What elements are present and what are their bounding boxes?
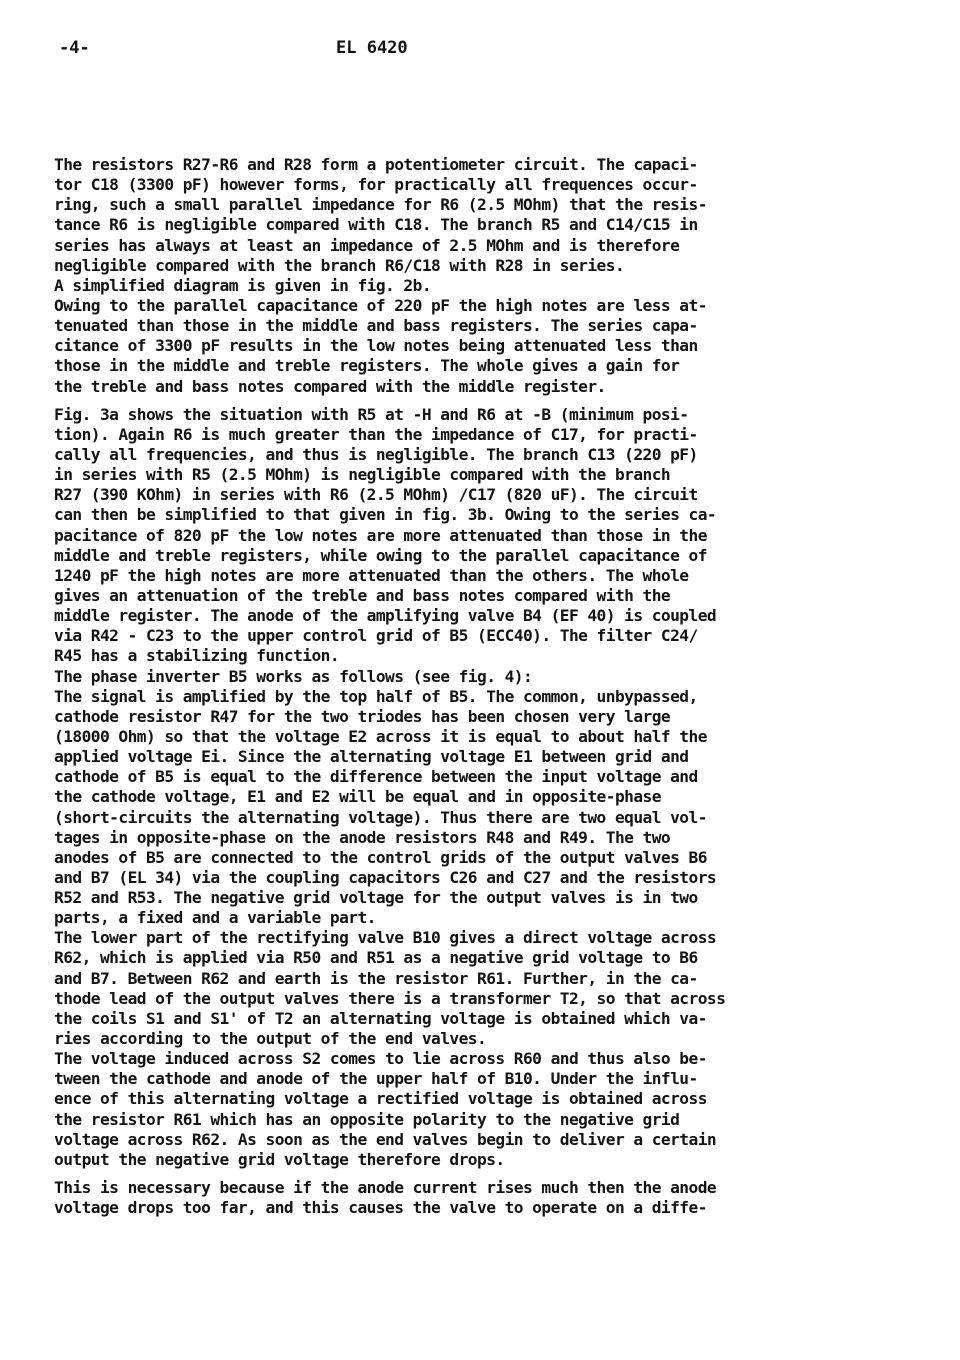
text-line: parts, a fixed and a variable part. bbox=[54, 908, 934, 928]
text-line: pacitance of 820 pF the low notes are mo… bbox=[54, 526, 934, 546]
text-line: anodes of B5 are connected to the contro… bbox=[54, 848, 934, 868]
text-line: the resistor R61 which has an opposite p… bbox=[54, 1110, 934, 1130]
paragraph: This is necessary because if the anode c… bbox=[54, 1178, 934, 1218]
paragraph-gap bbox=[54, 1170, 934, 1178]
document-body: The resistors R27-R6 and R28 form a pote… bbox=[54, 155, 934, 1218]
text-line: gives an attenuation of the treble and b… bbox=[54, 586, 934, 606]
text-line: R27 (390 KOhm) in series with R6 (2.5 MO… bbox=[54, 485, 934, 505]
text-line: This is necessary because if the anode c… bbox=[54, 1178, 934, 1198]
text-line: The signal is amplified by the top half … bbox=[54, 687, 934, 707]
text-line: the cathode voltage, E1 and E2 will be e… bbox=[54, 787, 934, 807]
text-line: and B7. Between R62 and earth is the res… bbox=[54, 969, 934, 989]
text-line: tance R6 is negligible compared with C18… bbox=[54, 215, 934, 235]
paragraph: The resistors R27-R6 and R28 form a pote… bbox=[54, 155, 934, 397]
document-id: EL 6420 bbox=[336, 38, 408, 58]
text-line: tages in opposite-phase on the anode res… bbox=[54, 828, 934, 848]
text-line: (18000 Ohm) so that the voltage E2 acros… bbox=[54, 727, 934, 747]
text-line: series has always at least an impedance … bbox=[54, 236, 934, 256]
text-line: Owing to the parallel capacitance of 220… bbox=[54, 296, 934, 316]
text-line: ence of this alternating voltage a recti… bbox=[54, 1089, 934, 1109]
text-line: tenuated than those in the middle and ba… bbox=[54, 316, 934, 336]
paragraph-gap bbox=[54, 397, 934, 405]
text-line: tween the cathode and anode of the upper… bbox=[54, 1069, 934, 1089]
text-line: The lower part of the rectifying valve B… bbox=[54, 928, 934, 948]
text-line: voltage across R62. As soon as the end v… bbox=[54, 1130, 934, 1150]
text-line: middle and treble registers, while owing… bbox=[54, 546, 934, 566]
text-line: applied voltage Ei. Since the alternatin… bbox=[54, 747, 934, 767]
paragraph: Fig. 3a shows the situation with R5 at -… bbox=[54, 405, 934, 1170]
text-line: R45 has a stabilizing function. bbox=[54, 646, 934, 666]
text-line: R62, which is applied via R50 and R51 as… bbox=[54, 948, 934, 968]
text-line: in series with R5 (2.5 MOhm) is negligib… bbox=[54, 465, 934, 485]
text-line: the coils S1 and S1' of T2 an alternatin… bbox=[54, 1009, 934, 1029]
text-line: tion). Again R6 is much greater than the… bbox=[54, 425, 934, 445]
text-line: voltage drops too far, and this causes t… bbox=[54, 1198, 934, 1218]
text-line: cally all frequencies, and thus is negli… bbox=[54, 445, 934, 465]
text-line: middle register. The anode of the amplif… bbox=[54, 606, 934, 626]
text-line: The voltage induced across S2 comes to l… bbox=[54, 1049, 934, 1069]
text-line: tor C18 (3300 pF) however forms, for pra… bbox=[54, 175, 934, 195]
text-line: via R42 - C23 to the upper control grid … bbox=[54, 626, 934, 646]
text-line: output the negative grid voltage therefo… bbox=[54, 1150, 934, 1170]
text-line: The resistors R27-R6 and R28 form a pote… bbox=[54, 155, 934, 175]
text-line: ring, such a small parallel impedance fo… bbox=[54, 195, 934, 215]
text-line: A simplified diagram is given in fig. 2b… bbox=[54, 276, 934, 296]
text-line: The phase inverter B5 works as follows (… bbox=[54, 667, 934, 687]
text-line: and B7 (EL 34) via the coupling capacito… bbox=[54, 868, 934, 888]
text-line: cathode resistor R47 for the two triodes… bbox=[54, 707, 934, 727]
text-line: the treble and bass notes compared with … bbox=[54, 377, 934, 397]
text-line: 1240 pF the high notes are more attenuat… bbox=[54, 566, 934, 586]
text-line: cathode of B5 is equal to the difference… bbox=[54, 767, 934, 787]
text-line: (short-circuits the alternating voltage)… bbox=[54, 808, 934, 828]
page-number: -4- bbox=[59, 38, 90, 58]
text-line: Fig. 3a shows the situation with R5 at -… bbox=[54, 405, 934, 425]
text-line: negligible compared with the branch R6/C… bbox=[54, 256, 934, 276]
text-line: those in the middle and treble registers… bbox=[54, 356, 934, 376]
text-line: can then be simplified to that given in … bbox=[54, 505, 934, 525]
text-line: R52 and R53. The negative grid voltage f… bbox=[54, 888, 934, 908]
text-line: thode lead of the output valves there is… bbox=[54, 989, 934, 1009]
text-line: citance of 3300 pF results in the low no… bbox=[54, 336, 934, 356]
text-line: ries according to the output of the end … bbox=[54, 1029, 934, 1049]
